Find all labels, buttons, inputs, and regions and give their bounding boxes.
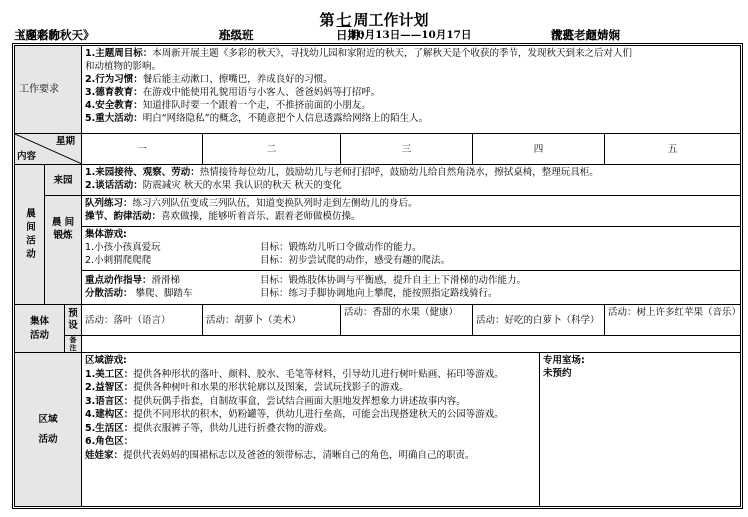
drill-title: 操节、韵律活动： (85, 211, 161, 222)
area-item: 5.生活区：提供衣服裤子等，供幼儿进行折叠衣物的游戏。 (85, 422, 536, 436)
class-value: 小二班 (219, 27, 254, 43)
preset-text: 预设 (68, 308, 78, 332)
day-header-mon: 一 (82, 134, 203, 165)
group-games-title: 集体游戏: (85, 228, 737, 241)
special-room-value: 未预约 (543, 367, 737, 380)
area-item-text: 提供不同形状的积木，奶粉罐等，供幼儿进行垒高，可能会出现搭建秋天的公园等游戏。 (133, 409, 504, 420)
arrival-line-title: 1.来园接待、观察、劳动： (85, 167, 200, 178)
arrival-line: 1.来园接待、观察、劳动：热情接待每位幼儿，鼓励幼儿与老师打招呼，鼓励幼儿给自然… (85, 166, 737, 179)
requirement-text: 本周新开展主题《多彩的秋天》，寻找幼儿园和家附近的秋天，了解秋天是个收获的季节，… (152, 48, 632, 59)
area-item-text: 提供各种形状的落叶、颜料、胶水、毛笔等材料，引导幼儿进行树叶贴画、拓印等游戏。 (133, 369, 504, 380)
area-activity-label: 区域活动 (15, 353, 82, 506)
focus-goal: 目标：练习手脚协调地向上攀爬，能按照指定路线骑行。 (260, 287, 498, 300)
requirement-title: 5.重大活动： (85, 113, 143, 124)
area-item: 4.建构区：提供不同形状的积木，奶粉罐等，供幼儿进行垒高，可能会出现搭建秋天的公… (85, 408, 536, 422)
requirement-text: 餐后能主动漱口、擦嘴巴，养成良好的习惯。 (143, 74, 333, 85)
arrival-line: 2.谈话活动：防震减灾 秋天的水果 我认识的秋天 秋天的变化 (85, 179, 737, 192)
area-item-text: 提供衣服裤子等，供幼儿进行折叠衣物的游戏。 (133, 423, 333, 434)
preset-mon: 活动：落叶（语言） (82, 305, 203, 336)
arrival-line-text: 热情接待每位幼儿，鼓励幼儿与老师打招呼，鼓励幼儿给自然角浇水，擦拭桌椅，整理玩具… (200, 167, 599, 178)
area-item: 3.语言区：提供玩偶手指套，自制故事盒，尝试结合画面大胆地发挥想象力讲述故事内容… (85, 395, 536, 409)
focus-text: 攀爬、脚踏车 (133, 288, 193, 299)
arrival-line-text: 防震减灾 秋天的水果 我认识的秋天 秋天的变化 (143, 180, 342, 191)
day-header-thu: 四 (473, 134, 605, 165)
focus-goal: 目标：锻炼肢体协调与平衡感，提升自主上下滑梯的动作能力。 (260, 274, 526, 287)
requirement-text: 知道排队时要一个跟着一个走，不推挤前面的小朋友。 (143, 100, 371, 111)
area-item-title: 2.益智区： (85, 382, 133, 393)
area-item-title: 4.建构区： (85, 409, 133, 420)
requirement-item: 1.主题周目标：本周新开展主题《多彩的秋天》，寻找幼儿园和家附近的秋天，了解秋天… (85, 47, 737, 60)
date-value: 10月13日——10月17日 (350, 27, 471, 42)
requirement-text: 在游戏中能使用礼貌用语与小客人、爸爸妈妈等打招呼。 (143, 87, 381, 98)
corner-weekday-label: 星期 (56, 135, 75, 148)
group-game-goal: 目标：锻炼幼儿听口令做动作的能力。 (260, 241, 422, 254)
day-header-wed: 三 (341, 134, 473, 165)
area-item-text: 提供玩偶手指套，自制故事盒，尝试结合画面大胆地发挥想象力讲述故事内容。 (133, 396, 466, 407)
area-item-title: 3.语言区： (85, 396, 133, 407)
morning-exercise-label: 晨 间 锻炼 (45, 196, 82, 305)
note-text: 备注 (69, 336, 77, 352)
requirement-text-continued: 和动植物的影响。 (85, 60, 737, 73)
area-item-title: 1.美工区： (85, 369, 133, 380)
area-item-title: 5.生活区： (85, 423, 133, 434)
arrival-label: 来园 (45, 165, 82, 196)
focus-item: 重点动作指导：滑滑梯目标：锻炼肢体协调与平衡感，提升自主上下滑梯的动作能力。 (85, 274, 737, 287)
note-label: 备注 (65, 336, 82, 353)
area-item-title: 娃娃家： (85, 450, 123, 461)
area-games-title: 区域游戏: (85, 354, 536, 368)
requirement-title: 4.安全教育： (85, 100, 143, 111)
work-requirements-content: 1.主题周目标：本周新开展主题《多彩的秋天》，寻找幼儿园和家附近的秋天，了解秋天… (82, 46, 740, 134)
day-content-corner: 星期 内容 (15, 134, 82, 165)
preset-wed: 活动：香甜的水果（健康） (341, 305, 473, 336)
weekly-plan-table: 工作要求 1.主题周目标：本周新开展主题《多彩的秋天》，寻找幼儿园和家附近的秋天… (12, 43, 743, 509)
requirement-text: 明白“网络隐私”的概念，不随意把个人信息透露给网络上的陌生人。 (143, 113, 428, 124)
drill-line: 操节、韵律活动：喜欢做操，能够听着音乐、跟着老师做模仿操。 (85, 210, 737, 223)
area-item-title: 6.角色区： (85, 436, 133, 447)
group-game-name: 1.小孩小孩真爱玩 (85, 242, 161, 253)
plan-meta: 主题名称：《多彩的秋天》 班级：小二班 日期：10月13日——10月17日 带班… (14, 27, 744, 42)
teacher-value: 沈芸 赵婧娴 (551, 27, 620, 43)
requirement-item: 5.重大活动：明白“网络隐私”的概念，不随意把个人信息透露给网络上的陌生人。 (85, 112, 737, 125)
requirement-item: 2.行为习惯：餐后能主动漱口、擦嘴巴，养成良好的习惯。 (85, 73, 737, 86)
arrival-line-title: 2.谈话活动： (85, 180, 143, 191)
note-content[interactable] (82, 336, 740, 353)
area-games-content: 区域游戏: 1.美工区：提供各种形状的落叶、颜料、胶水、毛笔等材料，引导幼儿进行… (82, 353, 540, 506)
group-activity-label: 集体活动 (15, 305, 65, 353)
theme-value: 《多彩的秋天》 (14, 27, 95, 43)
day-header-tue: 二 (203, 134, 341, 165)
focus-title: 分散活动： (85, 288, 133, 299)
group-game-item: 2.小刺猬爬爬爬目标：初步尝试爬的动作，感受有趣的爬法。 (85, 254, 737, 267)
day-header-fri: 五 (605, 134, 740, 165)
arrival-content: 1.来园接待、观察、劳动：热情接待每位幼儿，鼓励幼儿与老师打招呼，鼓励幼儿给自然… (82, 165, 740, 196)
group-game-goal: 目标：初步尝试爬的动作，感受有趣的爬法。 (260, 254, 450, 267)
morning-activities-label: 晨间活动 (15, 165, 45, 305)
morning-exercise-label-top: 晨 间 (52, 216, 74, 229)
requirement-item: 3.德育教育：在游戏中能使用礼貌用语与小客人、爸爸妈妈等打招呼。 (85, 86, 737, 99)
area-item: 6.角色区： (85, 435, 536, 449)
morning-activities-text: 晨间活动 (23, 208, 36, 262)
group-activity-text: 集体活动 (26, 315, 54, 343)
group-games-content: 集体游戏: 1.小孩小孩真爱玩目标：锻炼幼儿听口令做动作的能力。 2.小刺猬爬爬… (82, 227, 740, 271)
area-item: 1.美工区：提供各种形状的落叶、颜料、胶水、毛笔等材料，引导幼儿进行树叶贴画、拓… (85, 368, 536, 382)
area-item-text: 提供代表妈妈的围裙标志以及爸爸的领带标志，清晰自己的角色，明确自己的职责。 (123, 450, 475, 461)
area-item: 娃娃家：提供代表妈妈的围裙标志以及爸爸的领带标志，清晰自己的角色，明确自己的职责… (85, 449, 536, 463)
corner-content-label: 内容 (17, 150, 36, 163)
work-requirements-label: 工作要求 (15, 46, 82, 134)
focus-item: 分散活动： 攀爬、脚踏车目标：练习手脚协调地向上攀爬，能按照指定路线骑行。 (85, 287, 737, 300)
area-activity-text: 区域活动 (36, 410, 60, 450)
drill-content: 队列练习：练习六列队伍变成三列队伍，知道变换队列时走到左侧幼儿的身后。 操节、韵… (82, 196, 740, 227)
drill-text: 喜欢做操，能够听着音乐、跟着老师做模仿操。 (161, 211, 361, 222)
area-item: 2.益智区：提供各种树叶和水果的形状轮廓以及图案，尝试玩找影子的游戏。 (85, 381, 536, 395)
focus-content: 重点动作指导：滑滑梯目标：锻炼肢体协调与平衡感，提升自主上下滑梯的动作能力。 分… (82, 271, 740, 305)
requirement-title: 1.主题周目标： (85, 48, 152, 59)
preset-label: 预设 (65, 305, 82, 336)
group-game-name: 2.小刺猬爬爬爬 (85, 255, 151, 266)
drill-line: 队列练习：练习六列队伍变成三列队伍，知道变换队列时走到左侧幼儿的身后。 (85, 197, 737, 210)
drill-text: 练习六列队伍变成三列队伍，知道变换队列时走到左侧幼儿的身后。 (133, 198, 418, 209)
area-item-text: 提供各种树叶和水果的形状轮廓以及图案，尝试玩找影子的游戏。 (133, 382, 409, 393)
focus-title: 重点动作指导： (85, 275, 152, 286)
special-room-label: 专用室场: (543, 354, 737, 367)
focus-text: 滑滑梯 (152, 275, 181, 286)
preset-fri: 活动：树上许多红苹果（音乐） (605, 305, 740, 336)
morning-exercise-label-bottom: 锻炼 (53, 229, 72, 242)
requirement-title: 3.德育教育： (85, 87, 143, 98)
preset-thu: 活动：好吃的白萝卜（科学） (473, 305, 605, 336)
requirement-title: 2.行为习惯： (85, 74, 143, 85)
special-room-content: 专用室场: 未预约 (540, 353, 740, 506)
drill-title: 队列练习： (85, 198, 133, 209)
group-game-item: 1.小孩小孩真爱玩目标：锻炼幼儿听口令做动作的能力。 (85, 241, 737, 254)
preset-tue: 活动：胡萝卜（美术） (203, 305, 341, 336)
requirement-item: 4.安全教育：知道排队时要一个跟着一个走，不推挤前面的小朋友。 (85, 99, 737, 112)
